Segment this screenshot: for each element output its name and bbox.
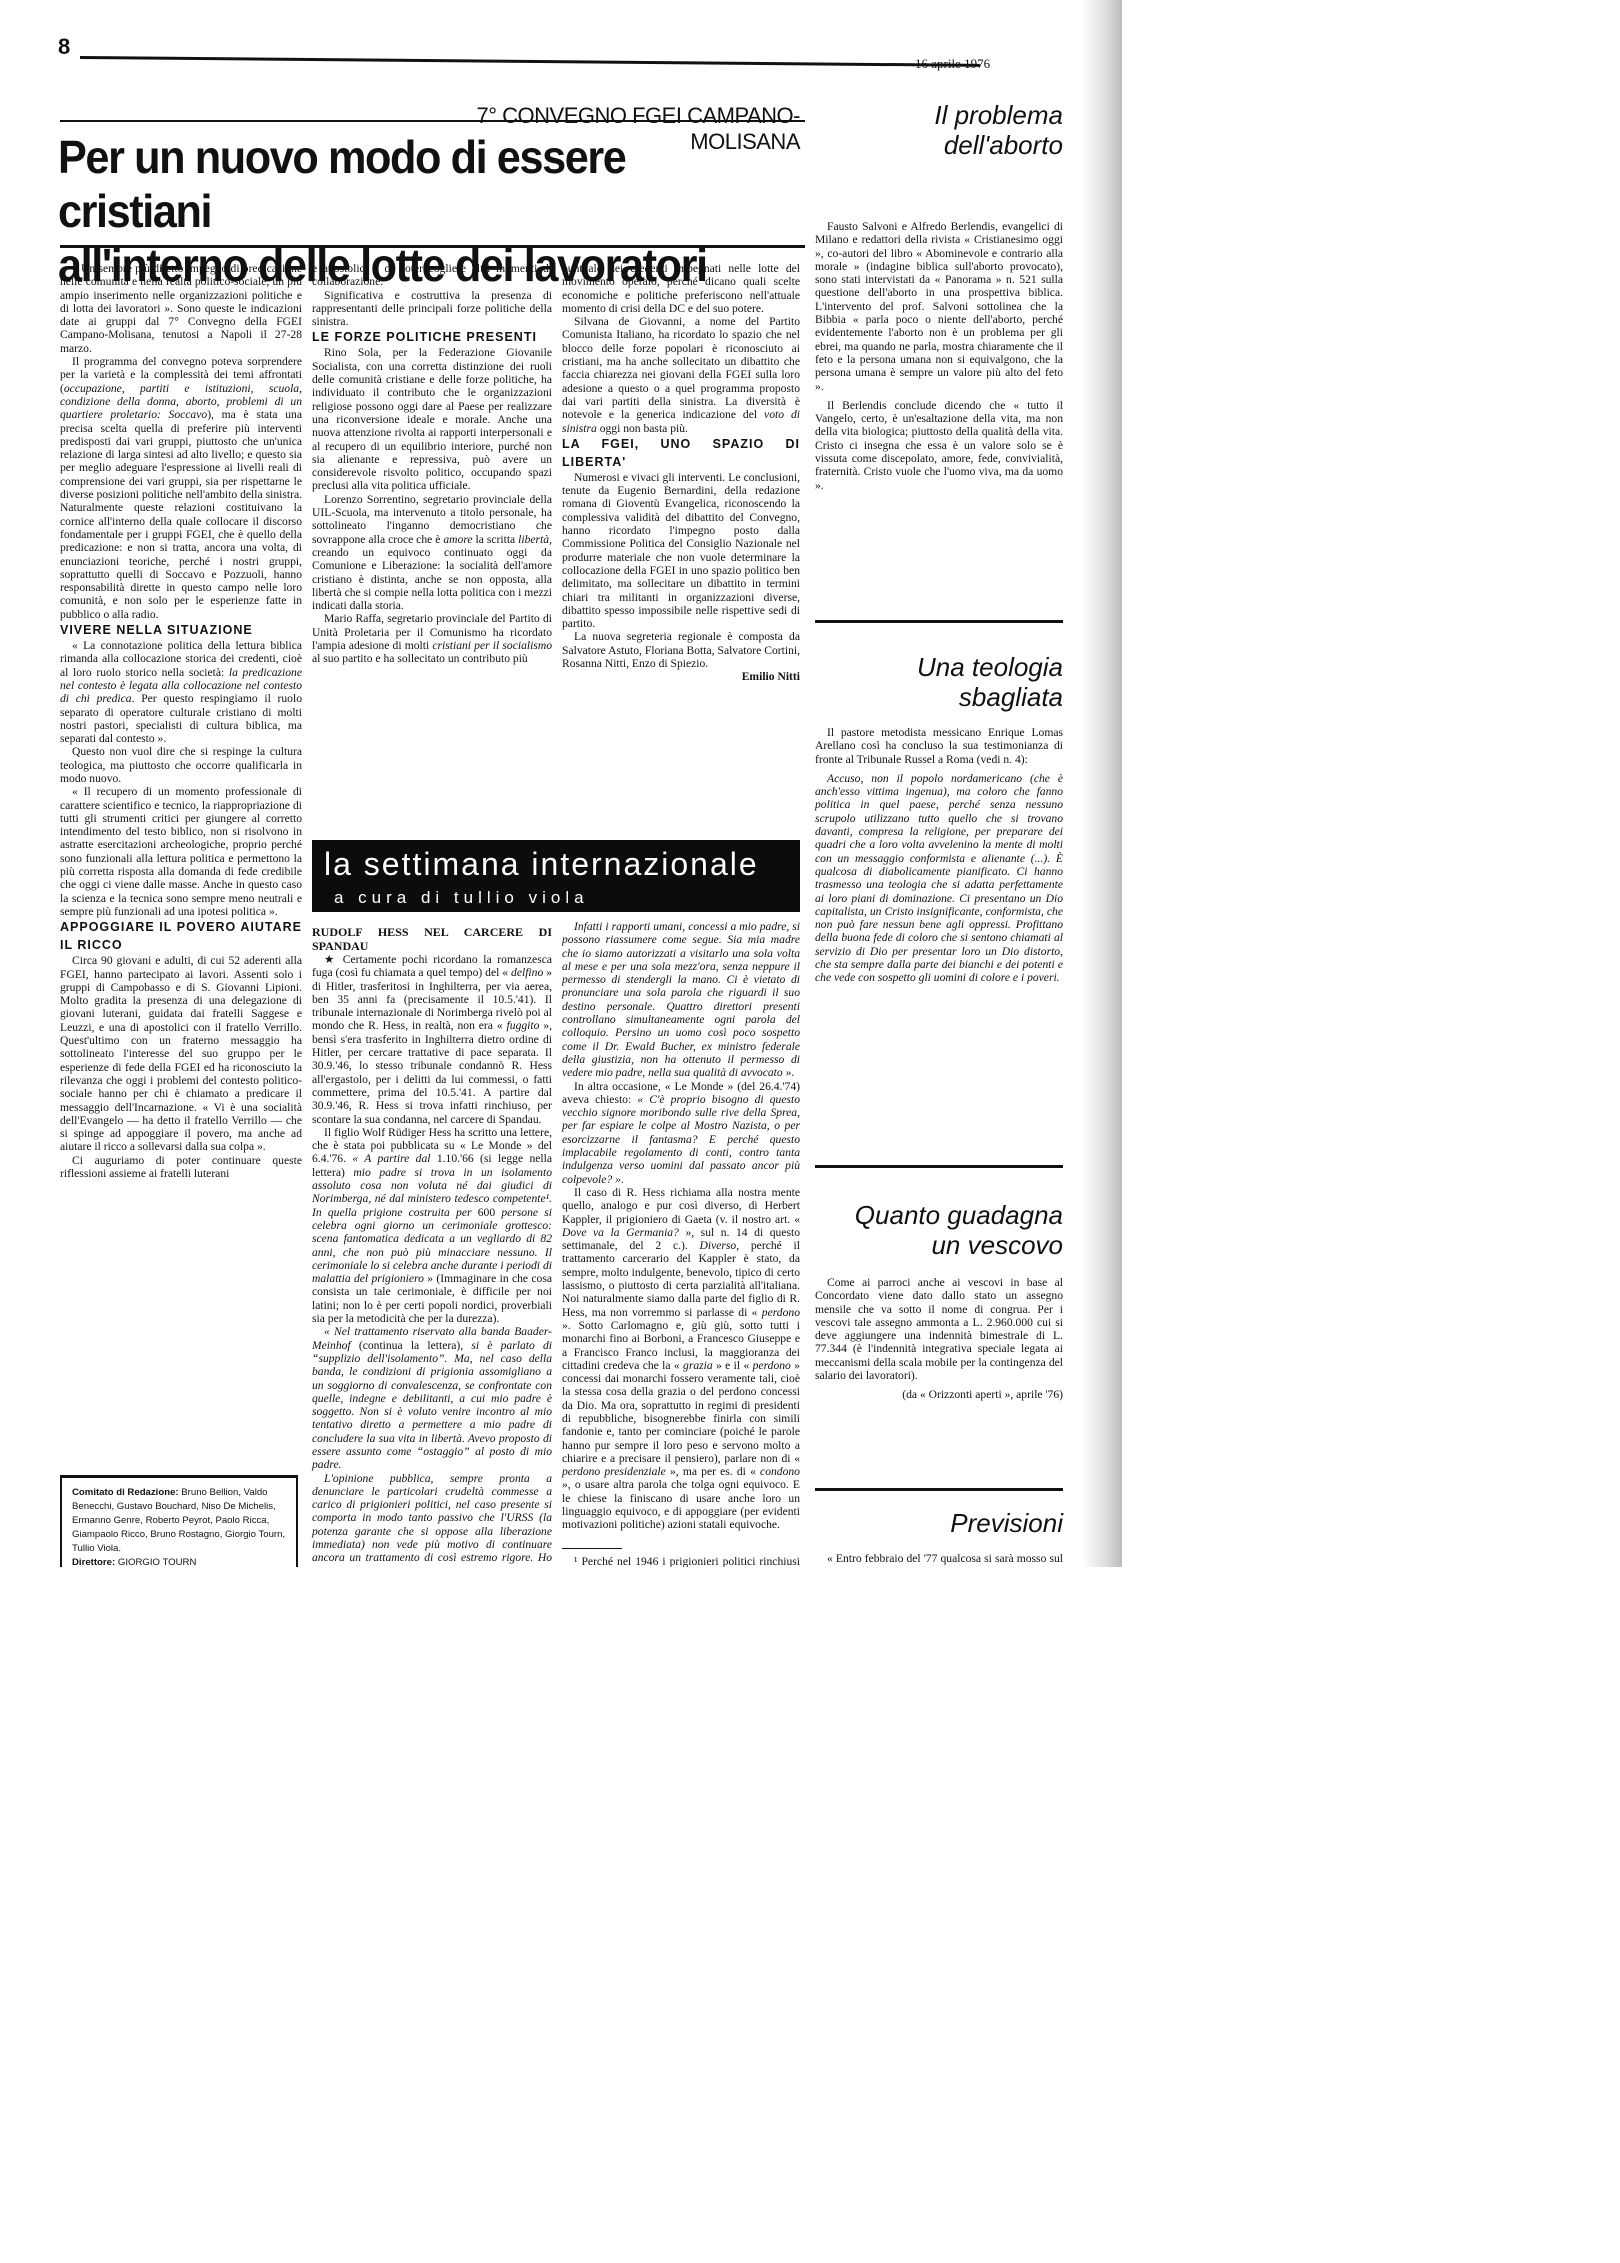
sidebar-title: Quanto guadagna un vescovo — [823, 1200, 1063, 1260]
sidebar-title: Il problema dell'aborto — [873, 100, 1063, 160]
headline-line-1: Per un nuovo modo di essere cristiani — [58, 130, 763, 238]
sidebar-vescovo: Quanto guadagna un vescovo Come ai parro… — [815, 1200, 1063, 1402]
paragraph: Mario Raffa, segretario provinciale del … — [312, 612, 552, 665]
paragraph: puntuale dei credenti impegnati nelle lo… — [562, 262, 800, 315]
issue-date: 16 aprile 1976 — [915, 56, 990, 72]
section-heading: LE FORZE POLITICHE PRESENTI — [312, 328, 552, 346]
paragraph: Circa 90 giovani e adulti, di cui 52 ade… — [60, 954, 302, 1153]
sidebar-rule — [815, 620, 1063, 623]
paragraph: L'opinione pubblica, sempre pronta a den… — [312, 1472, 552, 1567]
section-banner: la settimana internazionale a cura di tu… — [312, 840, 800, 912]
paragraph: Rino Sola, per la Federazione Giovanile … — [312, 346, 552, 492]
paragraph: « Il recupero di un momento professional… — [60, 785, 302, 918]
paragraph: « Entro febbraio del '77 qualcosa si sar… — [815, 1552, 1063, 1567]
paragraph: Lorenzo Sorrentino, segretario provincia… — [312, 493, 552, 613]
paragraph: La nuova segreteria regionale è composta… — [562, 630, 800, 670]
paragraph: « La connotazione politica della lettura… — [60, 639, 302, 745]
paragraph: Il caso di R. Hess richiama alla nostra … — [562, 1186, 800, 1532]
banner-title: la settimana internazionale — [324, 846, 759, 883]
paragraph: Silvana de Giovanni, a nome del Partito … — [562, 315, 800, 435]
paragraph: « Nel trattamento riservato alla banda B… — [312, 1325, 552, 1471]
paragraph: Questo non vuol dire che si respinge la … — [60, 745, 302, 785]
direttore: Direttore: GIORGIO TOURN — [72, 1556, 286, 1567]
paragraph: e apostolici e di poter cogliere altri m… — [312, 262, 552, 289]
sidebar-rule — [815, 1165, 1063, 1168]
sidebar-title: Previsioni — [815, 1508, 1063, 1538]
hess-article-column-1: RUDOLF HESS NEL CARCERE DI SPANDAU ★ Cer… — [312, 925, 552, 1567]
section-heading: APPOGGIARE IL POVERO AIUTARE IL RICCO — [60, 918, 302, 954]
comitato: Comitato di Redazione: Bruno Bellion, Va… — [72, 1486, 286, 1556]
sidebar-title: Una teologia sbagliata — [903, 652, 1063, 712]
paragraph: Il pastore metodista messicano Enrique L… — [815, 726, 1063, 766]
headline-rule — [60, 245, 805, 248]
author-signature: Emilio Nitti — [562, 670, 800, 683]
section-heading: LA FGEI, UNO SPAZIO DI LIBERTA' — [562, 435, 800, 471]
paragraph: Il programma del convegno poteva sorpren… — [60, 355, 302, 621]
sidebar-aborto: Il problema dell'aborto Fausto Salvoni e… — [815, 100, 1063, 492]
paragraph: Il Berlendis conclude dicendo che « tutt… — [815, 399, 1063, 492]
paragraph: Infatti i rapporti umani, concessi a mio… — [562, 920, 800, 1080]
footnote-rule — [562, 1548, 622, 1549]
footnote: ¹ Perché nel 1946 i prigionieri politici… — [562, 1555, 800, 1567]
source: (da « Orizzonti aperti », aprile '76) — [815, 1388, 1063, 1401]
main-article-column-1: « Un sempre più diretto impegno di predi… — [60, 262, 302, 1180]
header-rule — [80, 56, 980, 67]
page-number: 8 — [58, 34, 70, 60]
banner-subtitle: a cura di tullio viola — [334, 888, 589, 908]
paragraph: In altra occasione, « Le Monde » (del 26… — [562, 1080, 800, 1186]
article-title: RUDOLF HESS NEL CARCERE DI SPANDAU — [312, 925, 552, 953]
paragraph: Ci auguriamo di poter continuare queste … — [60, 1154, 302, 1181]
masthead-box: Comitato di Redazione: Bruno Bellion, Va… — [60, 1475, 298, 1567]
paragraph: Numerosi e vivaci gli interventi. Le con… — [562, 471, 800, 631]
paragraph: Come ai parroci anche ai vescovi in base… — [815, 1276, 1063, 1382]
paragraph: Il figlio Wolf Rüdiger Hess ha scritto u… — [312, 1126, 552, 1325]
sidebar-rule — [815, 1488, 1063, 1491]
paragraph: Significativa e costruttiva la presenza … — [312, 289, 552, 329]
hess-article-column-2: Infatti i rapporti umani, concessi a mio… — [562, 920, 800, 1567]
main-article-column-3: puntuale dei credenti impegnati nelle lo… — [562, 262, 800, 684]
star-icon: ★ — [324, 953, 337, 966]
paragraph: « Un sempre più diretto impegno di predi… — [60, 262, 302, 355]
paragraph: ★ Certamente pochi ricordano la romanzes… — [312, 953, 552, 1126]
paragraph: Fausto Salvoni e Alfredo Berlendis, evan… — [815, 220, 1063, 393]
section-heading: VIVERE NELLA SITUAZIONE — [60, 621, 302, 639]
sidebar-previsioni: Previsioni « Entro febbraio del '77 qual… — [815, 1508, 1063, 1567]
scan-edge-shadow — [1082, 0, 1122, 1567]
sidebar-teologia: Una teologia sbagliata Il pastore metodi… — [815, 652, 1063, 985]
quote-paragraph: Accuso, non il popolo nordamericano (che… — [815, 772, 1063, 985]
kicker-rule — [60, 120, 805, 122]
main-article-column-2: e apostolici e di poter cogliere altri m… — [312, 262, 552, 666]
